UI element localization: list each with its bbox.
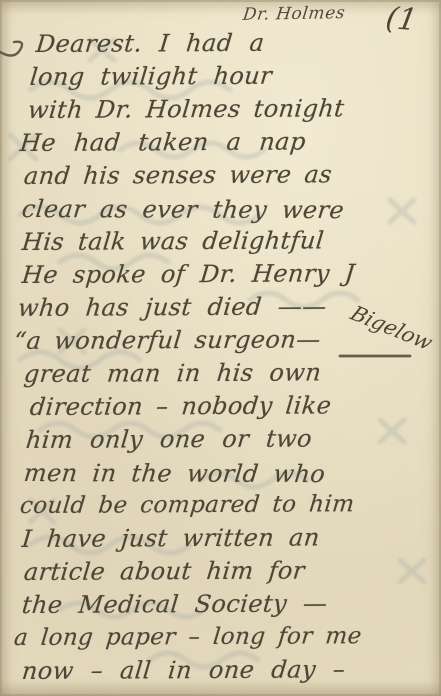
handwritten-line: He had taken a nap — [18, 125, 441, 160]
handwritten-line: He spoke of Dr. Henry J — [20, 257, 441, 292]
handwritten-line: Dearest. I had a — [34, 26, 441, 61]
handwritten-line: a long paper – long for me — [12, 620, 441, 655]
handwritten-line: with Dr. Holmes tonight — [26, 92, 441, 127]
handwritten-line: long twilight hour — [28, 59, 441, 94]
handwritten-line: direction – nobody like — [28, 389, 441, 424]
handwritten-line: clear as ever they were — [20, 193, 441, 227]
handwritten-line: him only one or two — [24, 422, 441, 457]
handwritten-line: men in the world who — [22, 457, 441, 491]
handwritten-line: and his senses were as — [22, 158, 441, 193]
handwritten-line: now – all in one day – — [20, 653, 441, 688]
handwritten-line: I have just written an — [20, 521, 441, 556]
handwritten-line: article about him for — [22, 554, 441, 589]
handwritten-line: great man in his own — [22, 356, 441, 391]
handwritten-line: the Medical Society — — [20, 587, 441, 622]
handwritten-line: could be compared to him — [18, 488, 441, 523]
letter-body: Dearest. I had a long twilight hour with… — [0, 28, 441, 688]
letter-scan-page: Dr. Holmes (1 Dearest. I had a long twil… — [0, 0, 441, 696]
header-annotation: Dr. Holmes — [242, 3, 347, 25]
handwritten-line: His talk was delightful — [20, 224, 441, 259]
